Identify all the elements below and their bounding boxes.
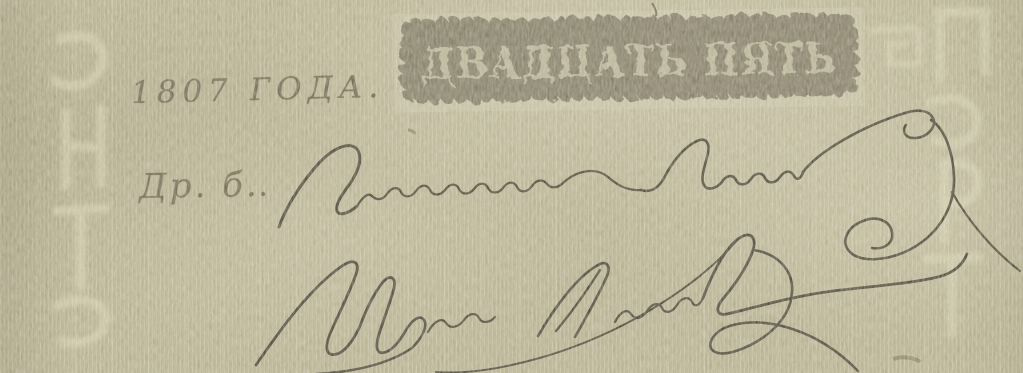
signature2-small-letters [428, 314, 495, 332]
aged-paper-document: 1807 ГОДА. Др. б. ДВАДЦАТЬ ПЯТЬ [0, 0, 1023, 373]
signature2-descender-tail [316, 318, 425, 373]
signature-line-1 [279, 111, 1020, 271]
watermark-glyph [930, 98, 977, 143]
watermark-glyph [57, 208, 105, 287]
signature-line-2 [256, 235, 967, 373]
printed-series-line: Др. б. [139, 165, 260, 207]
signature1-flourish-tail [952, 192, 1020, 271]
signature2-humps [615, 298, 703, 322]
ink-dot [261, 192, 265, 196]
watermark-glyph [938, 12, 987, 80]
signature2-long-tail [436, 239, 738, 372]
watermark-glyph [944, 162, 978, 240]
printed-year-line: 1807 ГОДА. [131, 69, 385, 111]
signature1-flourish-loop [845, 120, 954, 259]
watermark-glyph [66, 108, 101, 186]
signature2-capital [256, 262, 360, 365]
signature2-flourish-loop [710, 250, 858, 371]
signature1-initial [279, 146, 360, 227]
signature2-cross-stroke [556, 270, 600, 331]
watermark-meander [872, 28, 920, 64]
stamp-wear-speckle [393, 8, 864, 113]
watermark-glyph [54, 36, 103, 85]
watermark-glyph [927, 257, 979, 334]
signature1-word1 [357, 171, 641, 206]
signature2-tall-letter [538, 263, 609, 337]
series-text: Др. б. [139, 165, 260, 207]
smudge [893, 357, 920, 362]
signature1-flourish-top [803, 111, 934, 172]
year-text: 1807 ГОДА. [131, 69, 385, 111]
watermark-right [872, 12, 987, 334]
signature2-capital-2 [360, 277, 406, 352]
denomination-stamp: ДВАДЦАТЬ ПЯТЬ [381, 2, 875, 121]
signature2-flourish-wave [703, 235, 967, 314]
brown-fleck [408, 130, 415, 134]
watermark-glyph [57, 300, 105, 343]
stamp-graphic: ДВАДЦАТЬ ПЯТЬ [381, 2, 875, 121]
watermark-left [54, 36, 105, 342]
signature1-word2 [641, 140, 803, 191]
